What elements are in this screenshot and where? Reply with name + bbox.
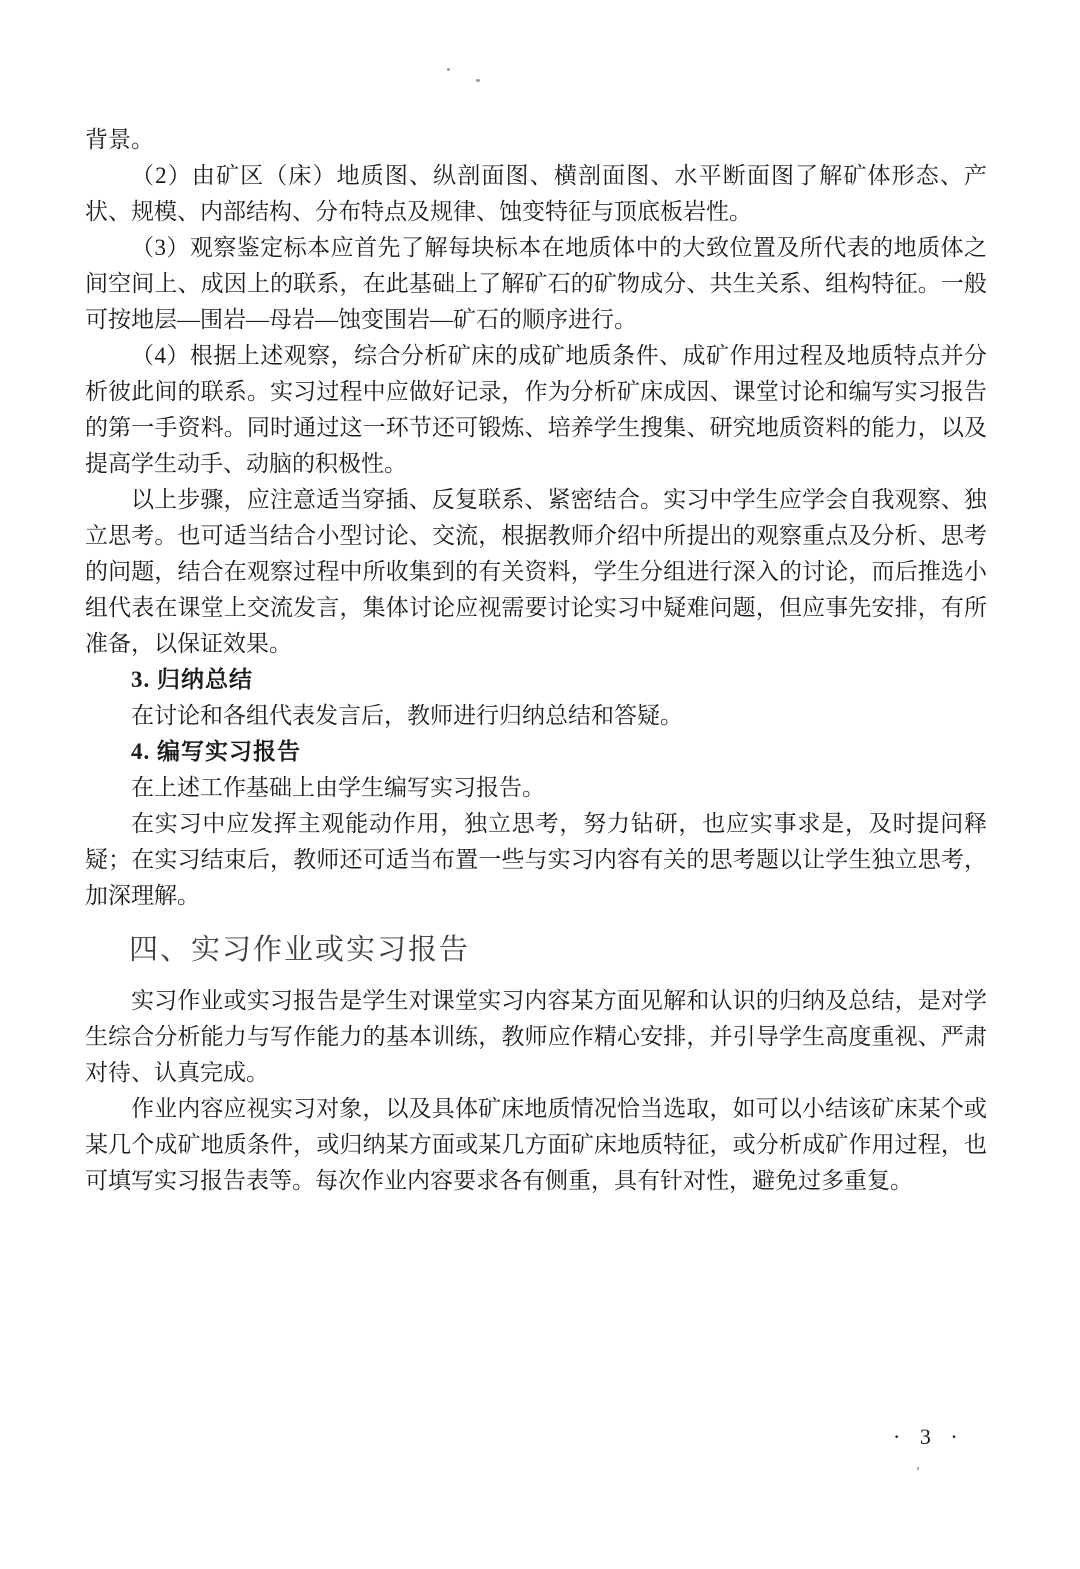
paragraph: （3）观察鉴定标本应首先了解每块标本在地质体中的大致位置及所代表的地质体之间空间… (85, 230, 987, 338)
section-heading: 四、实习作业或实习报告 (85, 930, 987, 970)
text-column: 背景。（2）由矿区（床）地质图、纵剖面图、横剖面图、水平断面图了解矿体形态、产状… (85, 122, 987, 1199)
scan-speck (447, 68, 450, 71)
paragraph: 作业内容应视实习对象，以及具体矿床地质情况恰当选取，如可以小结该矿床某个或某几个… (85, 1091, 987, 1199)
numbered-subheading: 3. 归纳总结 (85, 662, 987, 698)
paragraph: 实习作业或实习报告是学生对课堂实习内容某方面见解和认识的归纳及总结，是对学生综合… (85, 983, 987, 1091)
paragraph: 以上步骤，应注意适当穿插、反复联系、紧密结合。实习中学生应学会自我观察、独立思考… (85, 482, 987, 662)
paragraph: （2）由矿区（床）地质图、纵剖面图、横剖面图、水平断面图了解矿体形态、产状、规模… (85, 158, 987, 230)
paragraph: （4）根据上述观察，综合分析矿床的成矿地质条件、成矿作用过程及地质特点并分析彼此… (85, 338, 987, 482)
scan-speck (476, 79, 480, 82)
numbered-subheading: 4. 编写实习报告 (85, 734, 987, 770)
scan-speck (917, 1467, 919, 1470)
page-number: · 3 · (893, 1424, 965, 1450)
paragraph: 在讨论和各组代表发言后，教师进行归纳总结和答疑。 (85, 698, 987, 734)
paragraph: 在实习中应发挥主观能动作用，独立思考，努力钻研，也应实事求是，及时提问释疑；在实… (85, 806, 987, 914)
paragraph-continuation: 背景。 (85, 122, 987, 158)
document-page: 背景。（2）由矿区（床）地质图、纵剖面图、横剖面图、水平断面图了解矿体形态、产状… (0, 0, 1080, 1569)
paragraph: 在上述工作基础上由学生编写实习报告。 (85, 770, 987, 806)
